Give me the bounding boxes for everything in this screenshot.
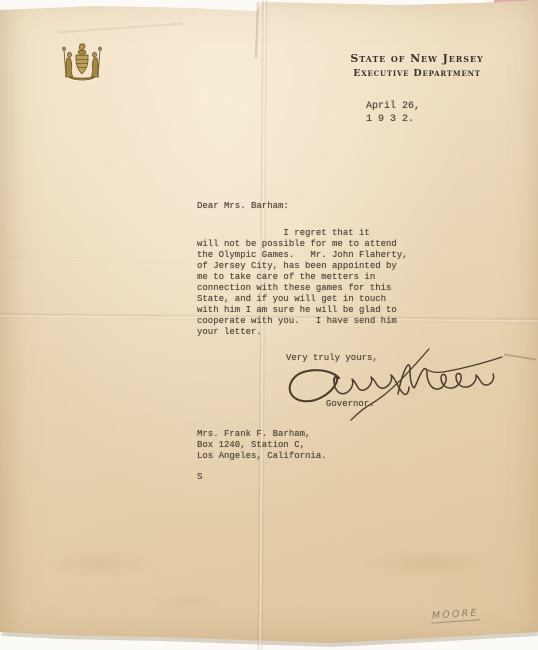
typist-initial: S: [197, 472, 202, 483]
scanned-letter-scene: State of New Jersey Executive Department…: [0, 0, 538, 650]
letterhead-state-line: State of New Jersey: [335, 52, 499, 65]
letterhead: State of New Jersey Executive Department: [335, 52, 499, 79]
recipient-address: Mrs. Frank F. Barham, Box 1240, Station …: [197, 429, 327, 462]
signature-title: Governor.: [326, 399, 375, 410]
letter-content: State of New Jersey Executive Department…: [0, 0, 538, 650]
closing-line: Very truly yours,: [286, 353, 378, 364]
letterhead-department-line: Executive Department: [335, 68, 499, 79]
new-jersey-seal-icon: [55, 43, 109, 91]
letter-body: I regret that it will not be possible fo…: [197, 228, 408, 338]
salutation: Dear Mrs. Barham:: [197, 201, 289, 212]
dateline: April 26, 1 9 3 2.: [366, 100, 420, 126]
pencil-annotation: Moore: [431, 607, 481, 623]
